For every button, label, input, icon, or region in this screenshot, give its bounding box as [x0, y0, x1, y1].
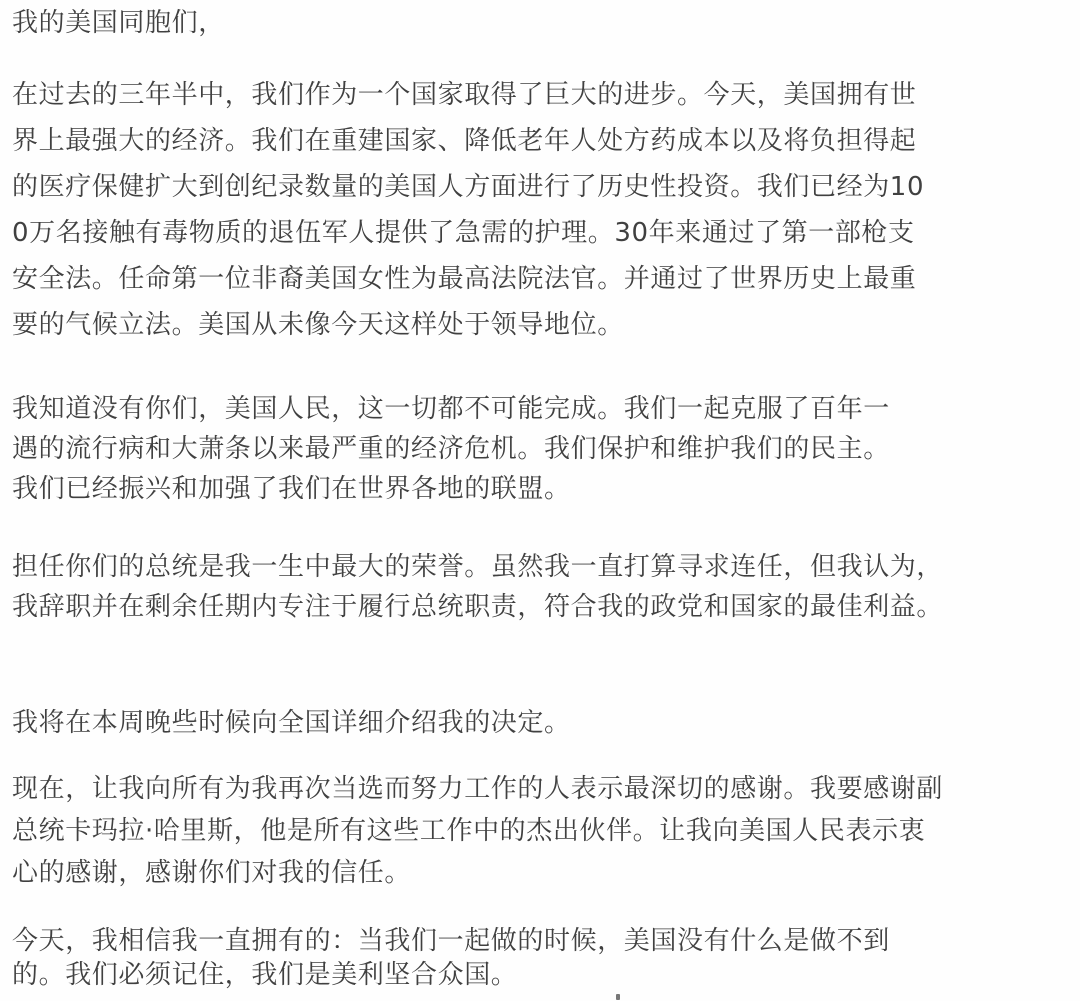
letter-document: 我的美国同胞们， 在过去的三年半中，我们作为一个国家取得了巨大的进步。今天，美国… — [0, 0, 1080, 1001]
text-line: 的。我们必须记住，我们是美利坚合众国。 — [12, 958, 517, 992]
text-line: 总统卡玛拉·哈里斯，他是所有这些工作中的杰出伙伴。让我向美国人民表示衷 — [12, 814, 925, 848]
text-line: 遇的流行病和大萧条以来最严重的经济危机。我们保护和维护我们的民主。 — [12, 432, 890, 466]
text-line: 我们已经振兴和加强了我们在世界各地的联盟。 — [12, 472, 571, 506]
text-line: 现在，让我向所有为我再次当选而努力工作的人表示最深切的感谢。我要感谢副 — [12, 772, 943, 806]
text-line: 在过去的三年半中，我们作为一个国家取得了巨大的进步。今天，美国拥有世 — [12, 78, 916, 112]
text-line: 今天，我相信我一直拥有的：当我们一起做的时候，美国没有什么是做不到 — [12, 924, 890, 958]
text-line: 心的感谢，感谢你们对我的信任。 — [12, 856, 411, 890]
text-line: 要的气候立法。美国从未像今天这样处于领导地位。 — [12, 308, 624, 342]
text-line: 0万名接触有毒物质的退伍军人提供了急需的护理。30年来通过了第一部枪支 — [12, 216, 915, 250]
text-line: 我将在本周晚些时候向全国详细介绍我的决定。 — [12, 706, 571, 740]
text-line: 担任你们的总统是我一生中最大的荣誉。虽然我一直打算寻求连任，但我认为， — [12, 550, 943, 584]
salutation: 我的美国同胞们， — [12, 6, 225, 40]
text-line: 安全法。任命第一位非裔美国女性为最高法院法官。并通过了世界历史上最重 — [12, 262, 916, 296]
text-line: 我知道没有你们，美国人民，这一切都不可能完成。我们一起克服了百年一 — [12, 392, 890, 426]
text-line: 我辞职并在剩余任期内专注于履行总统职责，符合我的政党和国家的最佳利益。 — [12, 590, 943, 624]
cursor-mark — [616, 994, 620, 1000]
text-line: 的医疗保健扩大到创纪录数量的美国人方面进行了历史性投资。我们已经为10 — [12, 170, 924, 204]
text-line: 界上最强大的经济。我们在重建国家、降低老年人处方药成本以及将负担得起 — [12, 124, 916, 158]
